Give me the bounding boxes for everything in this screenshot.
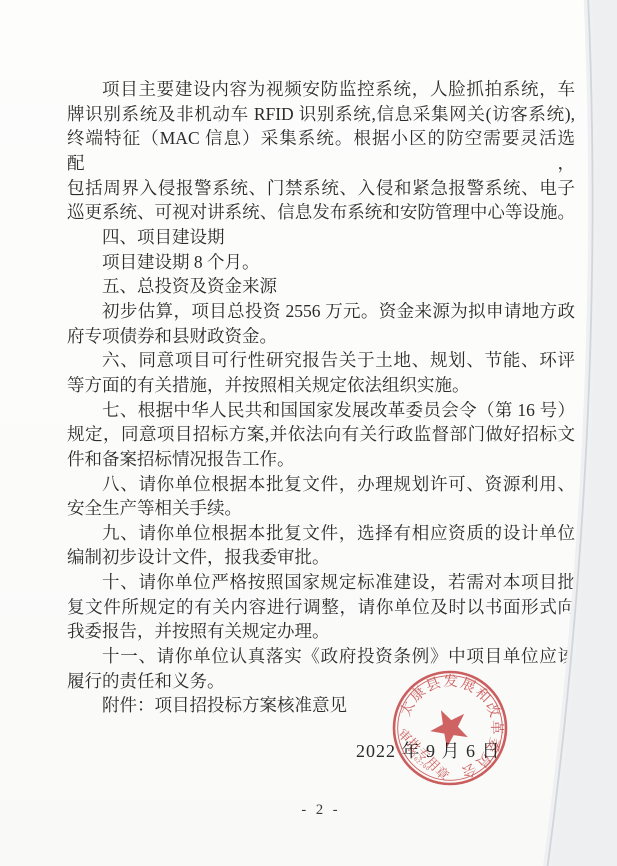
text-line: 初步估算，项目总投资 2556 万元。资金来源为拟申请地方政 bbox=[67, 299, 575, 324]
text-line: 四、项目建设期 bbox=[67, 225, 575, 250]
official-seal: 太康县发展和改革委员会 41162700 审批专用章 bbox=[387, 665, 513, 791]
text-line: 五、总投资及资金来源 bbox=[67, 274, 575, 299]
text-line: 六、同意项目可行性研究报告关于土地、规划、节能、环评 bbox=[67, 348, 575, 373]
text-line: 我委报告，并按照有关规定办理。 bbox=[67, 619, 575, 644]
text-line: 终端特征（MAC 信息）采集系统。根据小区的防空需要灵活选配， bbox=[67, 126, 575, 175]
text-line: 件和备案招标情况报告工作。 bbox=[67, 447, 575, 472]
text-line: 规定，同意项目招标方案,并依法向有关行政监督部门做好招标文 bbox=[67, 422, 575, 447]
seal-inner-text: 审批专用章 bbox=[395, 726, 452, 783]
scanned-document-page: 项目主要建设内容为视频安防监控系统，人脸抓拍系统，车牌识别系统及非机动车 RFI… bbox=[0, 0, 617, 866]
text-line: 八、请你单位根据本批复文件，办理规划许可、资源利用、 bbox=[67, 472, 575, 497]
text-line: 安全生产等相关手续。 bbox=[67, 496, 575, 521]
text-line: 复文件所规定的有关内容进行调整，请你单位及时以书面形式向 bbox=[67, 595, 575, 620]
text-line: 七、根据中华人民共和国国家发展改革委员会令（第 16 号） bbox=[67, 398, 575, 423]
page-number: - 2 - bbox=[67, 802, 575, 819]
text-line: 九、请你单位根据本批复文件，选择有相应资质的设计单位 bbox=[67, 521, 575, 546]
text-line: 府专项债券和县财政资金。 bbox=[67, 324, 575, 349]
text-line: 牌识别系统及非机动车 RFID 识别系统,信息采集网关(访客系统), bbox=[67, 102, 575, 127]
text-line: 编制初步设计文件，报我委审批。 bbox=[67, 545, 575, 570]
text-line: 巡更系统、可视对讲系统、信息发布系统和安防管理中心等设施。 bbox=[67, 200, 575, 225]
text-line: 等方面的有关措施，并按照相关规定依法组织实施。 bbox=[67, 373, 575, 398]
text-line: 包括周界入侵报警系统、门禁系统、入侵和紧急报警系统、电子 bbox=[67, 176, 575, 201]
document-body: 项目主要建设内容为视频安防监控系统，人脸抓拍系统，车牌识别系统及非机动车 RFI… bbox=[67, 77, 575, 718]
text-line: 项目建设期 8 个月。 bbox=[67, 250, 575, 275]
seal-star-icon bbox=[425, 700, 477, 752]
text-line: 项目主要建设内容为视频安防监控系统，人脸抓拍系统，车 bbox=[67, 77, 575, 102]
text-line: 十、请你单位严格按照国家规定标准建设，若需对本项目批 bbox=[67, 570, 575, 595]
